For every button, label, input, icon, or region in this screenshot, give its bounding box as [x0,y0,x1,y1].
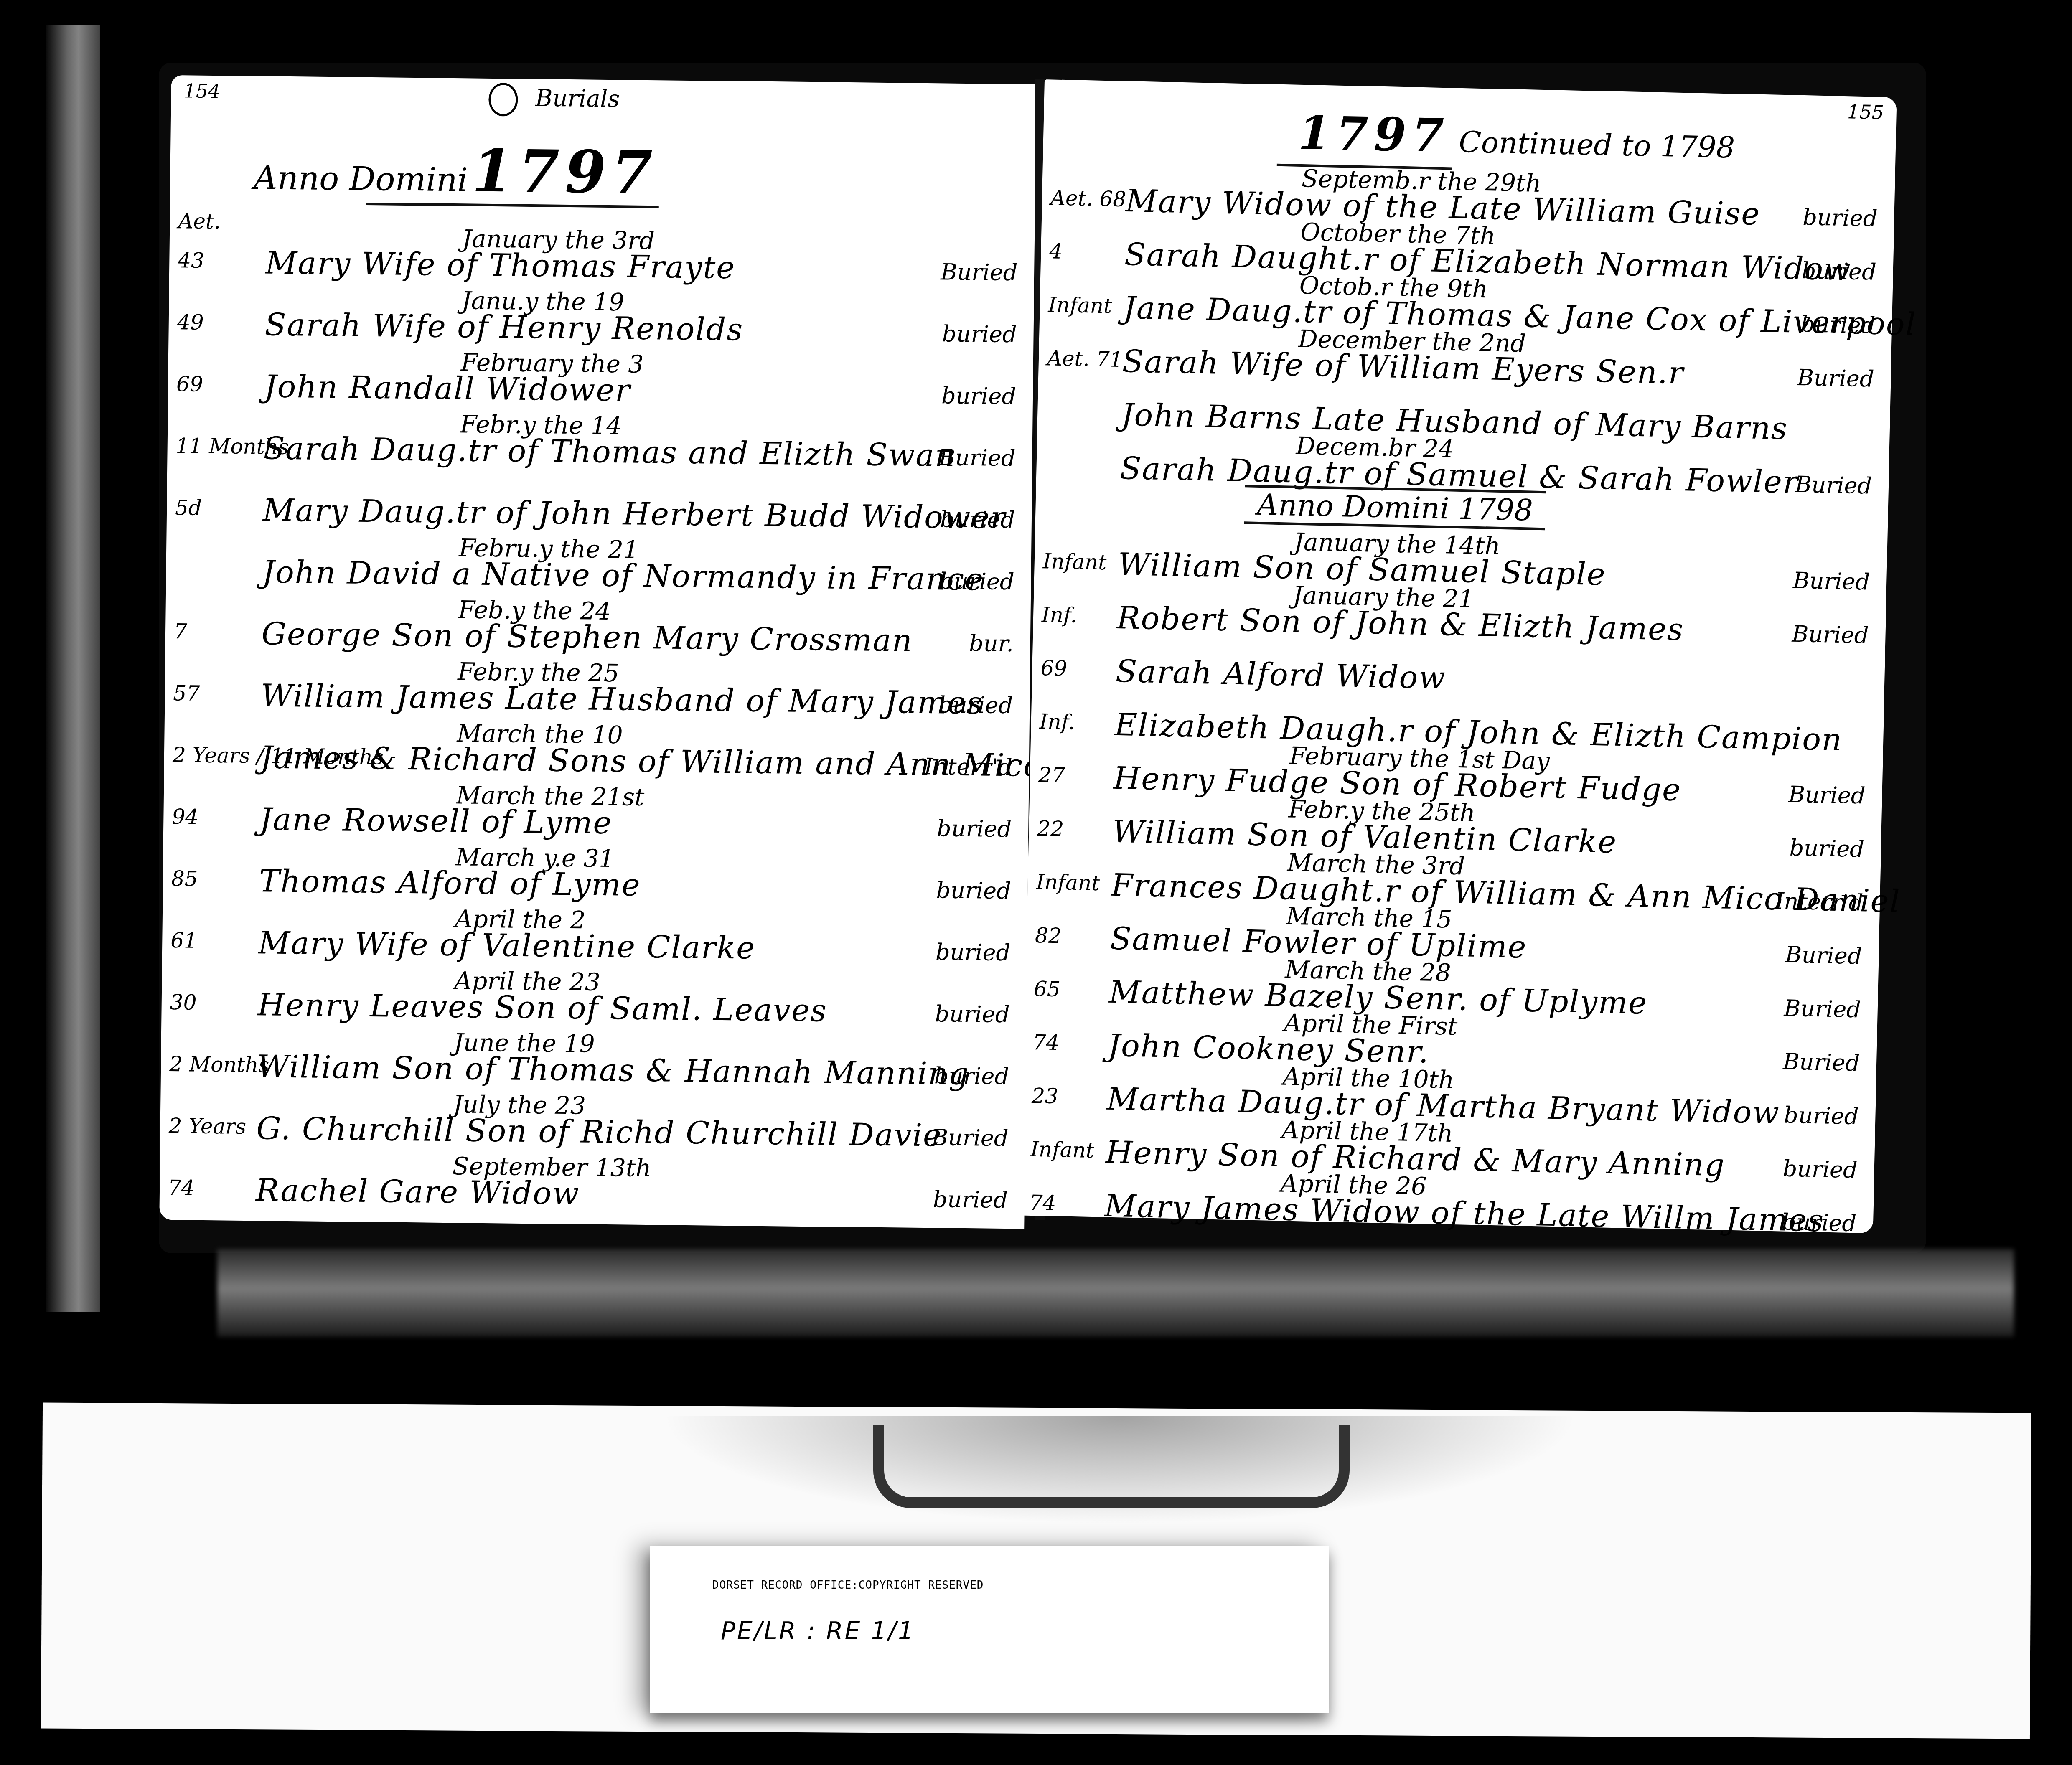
section-header-text: Burials [535,85,620,113]
entry-name: Rachel Gare Widow [256,1172,580,1211]
register-entry: June the 192 MonthsWilliam Son of Thomas… [161,1025,1026,1034]
year-heading-1798: Anno Domini 1798 [1244,485,1546,530]
entry-name: G. Churchill Son of Richd Churchill Davi… [256,1110,942,1153]
entry-name: John David a Native of Normandy in Franc… [262,554,984,597]
page-title: Anno Domini1797 [254,135,658,207]
age-column-header: Aet. [170,209,1035,218]
entry-status: buried [1781,1209,1856,1237]
entry-name: Sarah Daug.tr of Thomas and Elizth Swan [263,430,956,473]
entry-age: Aet. 68 [1050,185,1126,211]
entry-name: Sarah Alford Widow [1115,653,1446,696]
entry-status: buried [941,382,1017,409]
entry-age: Inf. [1042,602,1078,627]
right-page: 155 1797 Continued to 1798 Septemb.r the… [1021,79,1897,1233]
entry-name: George Son of Stephen Mary Crossman [262,616,913,658]
entry-age: Infant [1036,870,1100,895]
entry-status: buried [1789,835,1864,863]
entry-status: Interr'd [1775,888,1864,916]
document-reference: PE/LR : RE 1/1 [721,1617,915,1645]
entry-age: 57 [173,681,200,706]
seal-icon [488,83,518,117]
book-clip [873,1425,1350,1508]
entry-age: Infant [1030,1137,1095,1163]
entry-status: buried [1784,1102,1859,1130]
entry-status: Buried [1788,781,1866,809]
entry-name: William James Late Husband of Mary James [261,678,984,721]
register-entry: April the 2330Henry Leaves Son of Saml. … [162,963,1027,973]
entry-age: 22 [1037,816,1064,841]
entry-age: 82 [1035,923,1062,948]
entry-name: Henry Leaves Son of Saml. Leaves [257,987,827,1029]
entry-age: 74 [168,1176,195,1200]
entry-status: buried [936,877,1011,904]
entry-age: 69 [176,372,203,396]
entry-status: buried [942,320,1017,348]
archive-label-card: DORSET RECORD OFFICE:COPYRIGHT RESERVED … [650,1546,1329,1713]
title-year: 1797 [472,137,658,208]
entry-name: Mary Wife of Valentine Clarke [258,925,756,966]
entry-status: Buried [941,259,1018,286]
entry-status: Buried [1785,942,1862,970]
section-header: Burials [488,83,620,117]
register-entry: Febr.y the 1411 MonthsSarah Daug.tr of T… [168,407,1033,416]
entry-name: James & Richard Sons of William and Ann … [260,739,1160,785]
register-entry: Janu.y the 1949Sarah Wife of Henry Renol… [169,283,1034,292]
left-entries-list: January the 3rd43Mary Wife of Thomas Fra… [171,75,1036,84]
entry-age: Infant [1048,292,1112,318]
page-number: 155 [1847,100,1884,124]
page-number: 154 [183,79,220,102]
entry-name: Sarah Wife of Henry Renolds [264,307,743,348]
entry-name: Sarah Wife of William Eyers Sen.r [1122,343,1684,391]
entry-status: buried [1782,1156,1858,1183]
entry-status: Buried [1795,471,1872,499]
title-prefix: Anno Domini [254,159,468,199]
entry-age: 43 [178,248,204,273]
entry-age: 7 [174,619,187,643]
entry-age: 69 [1040,656,1068,681]
entry-age: 4 [1049,239,1063,264]
entry-name: John Barns Late Husband of Mary Barns [1121,397,1788,447]
entry-status: buried [939,568,1014,595]
title-year: 1797 [1298,106,1450,163]
entry-status: bur. [969,630,1014,657]
register-entry: January the 3rd43Mary Wife of Thomas Fra… [170,221,1035,231]
title-suffix: Continued to 1798 [1459,125,1735,165]
entry-age: 74 [1029,1191,1056,1215]
entry-status: Interr'd [924,753,1012,780]
entry-name: Mary Wife of Thomas Frayte [265,245,736,286]
book-edge-shadow [217,1249,2014,1337]
left-page: 154 Burials Anno Domini1797 Aet. January… [159,75,1036,1229]
entry-age: Inf. [1039,709,1075,734]
entry-status: Buried [1793,567,1870,595]
entry-age: 85 [171,866,198,891]
entry-age: 2 Months [169,1052,269,1077]
entry-status: buried [935,1001,1010,1028]
entry-age: 61 [170,928,197,953]
register-entry: March y.e 3185Thomas Alford of Lymeburie… [163,840,1028,849]
entry-status: buried [937,815,1012,842]
entry-name: Mary Daug.tr of John Herbert Budd Widowe… [263,492,1006,536]
entry-age: 27 [1038,763,1065,787]
entry-name: William Son of Thomas & Hannah Manning [257,1049,970,1092]
entry-age: 2 Years [168,1114,246,1139]
register-book: 154 Burials Anno Domini1797 Aet. January… [159,63,1926,1253]
entry-age: 23 [1031,1084,1058,1108]
entry-status: buried [933,1186,1008,1213]
entry-status: Buried [1792,621,1869,649]
entry-age: Infant [1042,549,1107,574]
entry-name: Mary James Widow of the Late Willm James [1104,1188,1825,1239]
entry-age: 5d [175,495,202,520]
entry-status: Buried [938,444,1016,471]
right-entries-list: Septemb.r the 29thAet. 68Mary Widow of t… [1045,79,1897,97]
entry-status: buried [936,939,1011,966]
entry-status: buried [1800,311,1876,339]
register-entry: February the 369John Randall Widowerburi… [168,345,1033,354]
entry-status: Buried [1782,1049,1860,1077]
entry-age: 94 [172,805,198,829]
entry-status: Buried [1784,995,1861,1023]
film-edge [46,25,100,1312]
entry-age: 74 [1032,1030,1060,1055]
entry-name: Robert Son of John & Elizth James [1116,600,1684,648]
entry-age: Aet. 71 [1047,346,1123,372]
entry-status: buried [1803,204,1878,232]
register-entry: April the 261Mary Wife of Valentine Clar… [163,902,1027,911]
copyright-notice: DORSET RECORD OFFICE:COPYRIGHT RESERVED [712,1579,984,1592]
entry-age: 49 [177,310,204,335]
entry-status: Buried [931,1124,1009,1151]
entry-status: buried [940,506,1015,533]
entry-age: 65 [1034,977,1061,1001]
entry-status: buried [1801,257,1876,285]
entry-name: John Randall Widower [264,368,631,408]
entry-status: buried [938,691,1013,719]
entry-name: Thomas Alford of Lyme [259,863,641,903]
entry-status: Buried [1797,364,1874,392]
entry-name: Jane Rowsell of Lyme [259,801,613,841]
entry-age: 30 [170,990,196,1015]
entry-status: buried [934,1062,1009,1089]
page-title: 1797 Continued to 1798 [1294,106,1736,169]
